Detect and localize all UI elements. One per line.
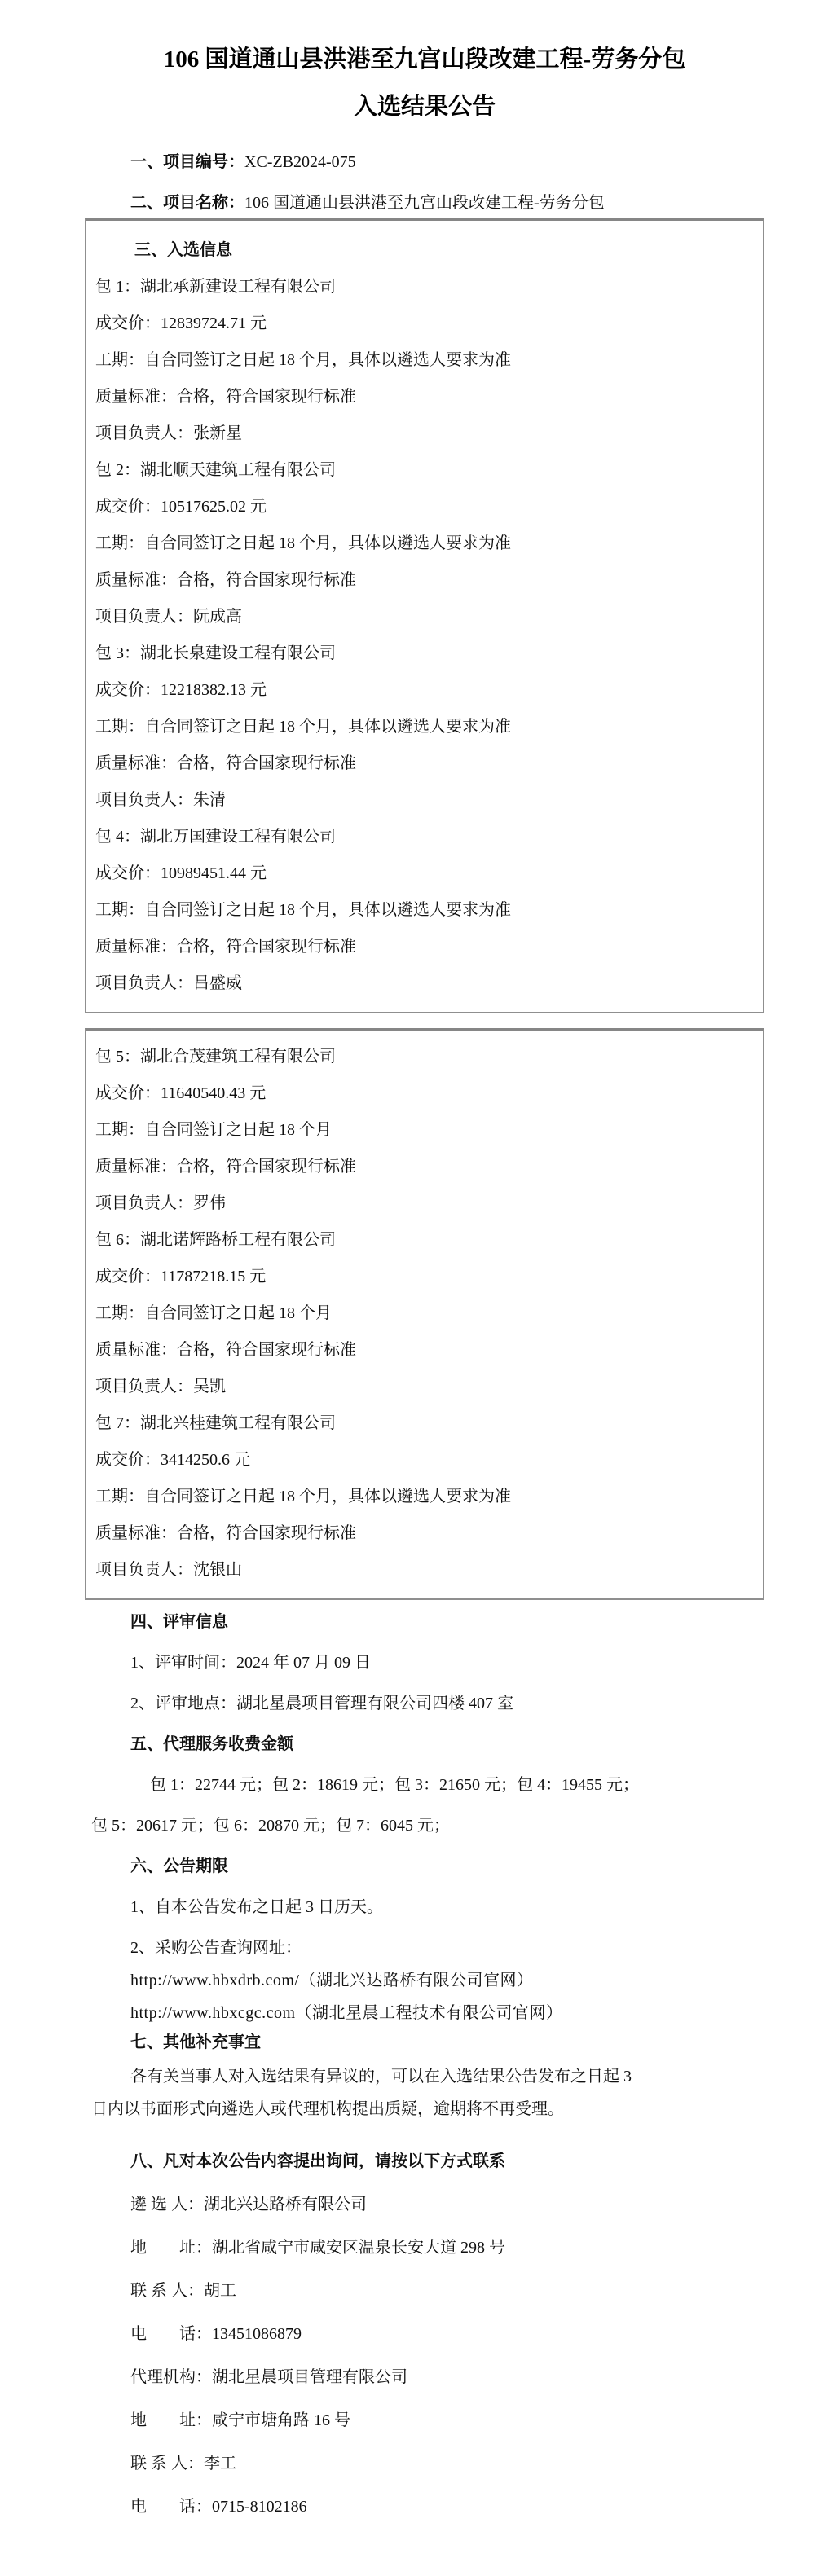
package-manager: 项目负责人：吕盛威 — [95, 965, 755, 1002]
package-duration: 工期：自合同签订之日起 18 个月，具体以遴选人要求为准 — [95, 892, 755, 929]
package-price: 成交价：12218382.13 元 — [95, 672, 755, 709]
contact-address-line: 地 址：湖北省咸宁市咸安区温泉长安大道 298 号 — [85, 2239, 764, 2257]
period-heading: 六、公告期限 — [85, 1857, 764, 1875]
package-manager: 项目负责人：吴凯 — [95, 1369, 755, 1405]
package-quality: 质量标准：合格，符合国家现行标准 — [95, 745, 755, 782]
period-item-1: 1、自本公告发布之日起 3 日历天。 — [85, 1898, 764, 1916]
agency-address-line: 地 址：咸宁市塘角路 16 号 — [85, 2411, 764, 2429]
title-line-2: 入选结果公告 — [85, 83, 764, 130]
selection-box-2: 包 5：湖北合茂建筑工程有限公司 成交价：11640540.43 元 工期：自合… — [85, 1028, 764, 1600]
agency-fee-line-1: 包 1：22744 元；包 2：18619 元；包 3：21650 元；包 4：… — [85, 1776, 764, 1794]
package-duration: 工期：自合同签订之日起 18 个月，具体以遴选人要求为准 — [95, 709, 755, 745]
package-duration: 工期：自合同签订之日起 18 个月 — [95, 1295, 755, 1332]
package-quality: 质量标准：合格，符合国家现行标准 — [95, 1149, 755, 1185]
package-manager: 项目负责人：张新星 — [95, 415, 755, 452]
agency-fee-heading: 五、代理服务收费金额 — [85, 1735, 764, 1753]
period-item-2: 2、采购公告查询网址： — [85, 1939, 764, 1957]
package-quality: 质量标准：合格，符合国家现行标准 — [95, 379, 755, 415]
review-time-line: 1、评审时间：2024 年 07 月 09 日 — [85, 1654, 764, 1672]
package-name: 包 2：湖北顺天建筑工程有限公司 — [95, 452, 755, 489]
package-manager: 项目负责人：阮成高 — [95, 599, 755, 635]
package-name: 包 1：湖北承新建设工程有限公司 — [95, 269, 755, 306]
package-price: 成交价：11787218.15 元 — [95, 1259, 755, 1295]
project-number-label: 一、项目编号： — [130, 153, 244, 171]
contact-selector-line: 遴 选 人：湖北兴达路桥有限公司 — [85, 2196, 764, 2213]
package-name: 包 5：湖北合茂建筑工程有限公司 — [95, 1039, 755, 1075]
package-name: 包 6：湖北诺辉路桥工程有限公司 — [95, 1222, 755, 1259]
package-price: 成交价：11640540.43 元 — [95, 1075, 755, 1112]
package-quality: 质量标准：合格，符合国家现行标准 — [95, 562, 755, 599]
selection-box-1: 三、入选信息 包 1：湖北承新建设工程有限公司 成交价：12839724.71 … — [85, 218, 764, 1013]
project-name-value: 106 国道通山县洪港至九宫山段改建工程-劳务分包 — [244, 194, 605, 212]
package-price: 成交价：10517625.02 元 — [95, 489, 755, 525]
title-line-1: 106 国道通山县洪港至九宫山段改建工程-劳务分包 — [85, 36, 764, 83]
package-quality: 质量标准：合格，符合国家现行标准 — [95, 929, 755, 965]
project-name-line: 二、项目名称：106 国道通山县洪港至九宫山段改建工程-劳务分包 — [85, 194, 764, 212]
package-price: 成交价：10989451.44 元 — [95, 855, 755, 892]
contact-phone-line: 电 话：13451086879 — [85, 2325, 764, 2343]
package-quality: 质量标准：合格，符合国家现行标准 — [95, 1332, 755, 1369]
query-url-1: http://www.hbxdrb.com/（湖北兴达路桥有限公司官网） — [85, 1972, 764, 1989]
contact-heading: 八、凡对本次公告内容提出询问，请按以下方式联系 — [85, 2152, 764, 2170]
package-quality: 质量标准：合格，符合国家现行标准 — [95, 1515, 755, 1552]
query-url-2: http://www.hbxcgc.com（湖北星晨工程技术有限公司官网） — [85, 2004, 764, 2022]
supplement-line-1: 各有关当事人对入选结果有异议的，可以在入选结果公告发布之日起 3 — [85, 2068, 764, 2086]
agency-phone-line: 电 话：0715-8102186 — [85, 2498, 764, 2516]
package-name: 包 4：湖北万国建设工程有限公司 — [95, 819, 755, 855]
agency-fee-line-2: 包 5：20617 元；包 6：20870 元；包 7：6045 元； — [85, 1817, 764, 1835]
package-name: 包 7：湖北兴桂建筑工程有限公司 — [95, 1405, 755, 1442]
package-price: 成交价：12839724.71 元 — [95, 306, 755, 342]
package-manager: 项目负责人：罗伟 — [95, 1185, 755, 1222]
project-name-label: 二、项目名称： — [130, 194, 244, 212]
supplement-heading: 七、其他补充事宜 — [85, 2033, 764, 2051]
package-duration: 工期：自合同签订之日起 18 个月 — [95, 1112, 755, 1149]
supplement-line-2: 日内以书面形式向遴选人或代理机构提出质疑，逾期将不再受理。 — [85, 2100, 764, 2118]
package-duration: 工期：自合同签订之日起 18 个月，具体以遴选人要求为准 — [95, 1479, 755, 1515]
review-heading: 四、评审信息 — [85, 1613, 764, 1631]
agency-person-line: 联 系 人：李工 — [85, 2455, 764, 2473]
package-duration: 工期：自合同签订之日起 18 个月，具体以遴选人要求为准 — [95, 342, 755, 379]
announcement-document: 106 国道通山县洪港至九宫山段改建工程-劳务分包 入选结果公告 一、项目编号：… — [0, 0, 815, 2576]
review-place-line: 2、评审地点：湖北星晨项目管理有限公司四楼 407 室 — [85, 1695, 764, 1712]
project-number-value: XC-ZB2024-075 — [244, 153, 356, 171]
package-manager: 项目负责人：朱清 — [95, 782, 755, 819]
agency-name-line: 代理机构：湖北星晨项目管理有限公司 — [85, 2368, 764, 2386]
package-duration: 工期：自合同签订之日起 18 个月，具体以遴选人要求为准 — [95, 525, 755, 562]
package-price: 成交价：3414250.6 元 — [95, 1442, 755, 1479]
project-number-line: 一、项目编号：XC-ZB2024-075 — [85, 153, 764, 171]
package-manager: 项目负责人：沈银山 — [95, 1552, 755, 1589]
contact-person-line: 联 系 人：胡工 — [85, 2282, 764, 2300]
document-title: 106 国道通山县洪港至九宫山段改建工程-劳务分包 入选结果公告 — [85, 36, 764, 130]
package-name: 包 3：湖北长泉建设工程有限公司 — [95, 635, 755, 672]
selection-heading: 三、入选信息 — [95, 232, 755, 269]
